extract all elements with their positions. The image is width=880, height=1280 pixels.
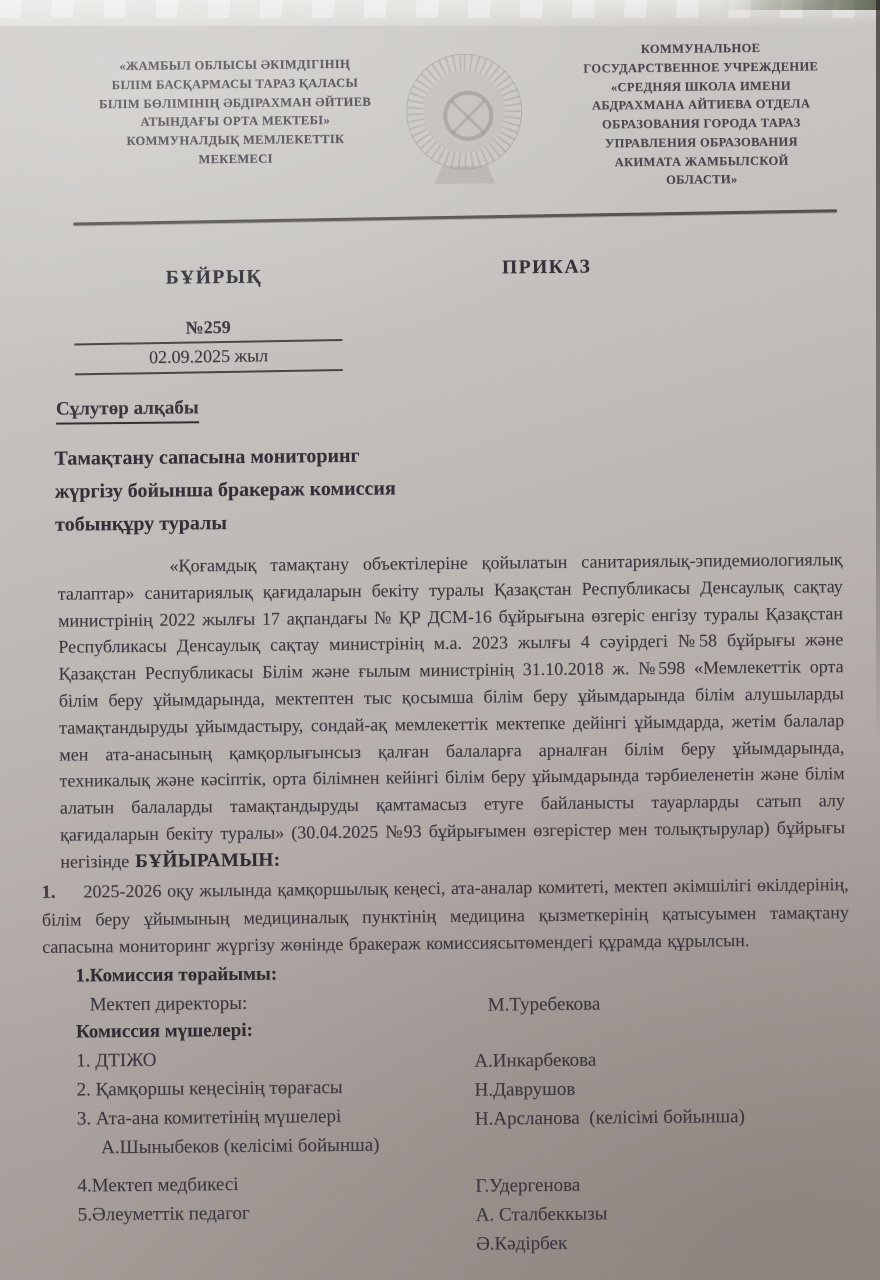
order-item-1: 1.2025-2026 оқу жылында қамқоршылық кеңе… bbox=[41, 871, 849, 961]
member-row: Ә.Кәдірбек bbox=[78, 1224, 880, 1256]
commission-members-heading: Комиссия мүшелері: bbox=[76, 1012, 880, 1044]
preamble-text: «Қоғамдық тамақтану объектілеріне қойыла… bbox=[58, 549, 845, 871]
emblem-shanyrak bbox=[443, 90, 493, 140]
commission-chair-heading: 1.Комиссия төрайымы: bbox=[75, 956, 880, 988]
member-role: А.Шыныбеков (келісімі бойынша) bbox=[77, 1132, 499, 1160]
document-sheet: «ЖАМБЫЛ ОБЛЫСЫ ӘКІМДІГІНІҢБІЛІМ БАСҚАРМА… bbox=[0, 0, 880, 1280]
member-role: 1. ДТІЖО bbox=[76, 1045, 474, 1073]
commission-chair-row: Мектеп директоры: М.Туребекова bbox=[76, 985, 880, 1017]
member-name: Н.Арсланова (келісімі бойынша) bbox=[475, 1105, 745, 1132]
place-heading: Сұлутөр алқабы bbox=[56, 391, 879, 425]
item-1-number: 1. bbox=[42, 882, 84, 902]
member-row: 1. ДТІЖО А.Инкарбекова bbox=[76, 1041, 880, 1073]
item-1-text: 2025-2026 оқу жылында қамқоршылық кеңесі… bbox=[42, 874, 849, 957]
member-name: Ә.Кәдірбек bbox=[476, 1231, 567, 1256]
member-role bbox=[78, 1228, 476, 1256]
subject-heading: Тамақтану сапасына мониторингжүргізу бой… bbox=[54, 435, 880, 542]
member-name: Г.Удергенова bbox=[475, 1173, 580, 1198]
member-role: 5.Әлеуметтік педагог bbox=[78, 1199, 476, 1227]
member-row: 5.Әлеуметтік педагог А. Сталбеккызы bbox=[78, 1195, 880, 1227]
member-row: 3. Ата-ана комитетінің мүшелері Н.Арслан… bbox=[77, 1099, 880, 1131]
order-number-block: №259 02.09.2025 жыл bbox=[74, 315, 343, 375]
resolve-word: БҰЙЫРАМЫН: bbox=[135, 849, 281, 871]
member-name: Н.Даврушов bbox=[474, 1077, 575, 1102]
header-divider-line bbox=[73, 209, 837, 225]
member-name: А. Сталбеккызы bbox=[476, 1202, 608, 1227]
org-name-kazakh: «ЖАМБЫЛ ОБЛЫСЫ ӘКІМДІГІНІҢБІЛІМ БАСҚАРМА… bbox=[80, 54, 391, 195]
chair-name: М.Туребекова bbox=[488, 992, 601, 1017]
order-title-russian: ПРИКАЗ bbox=[502, 257, 591, 280]
emblem-base bbox=[434, 165, 496, 184]
member-row: 4.Мектеп медбикесі Г.Удергенова bbox=[77, 1166, 880, 1198]
chair-role: Мектеп директоры: bbox=[76, 989, 488, 1017]
preamble-paragraph: «Қоғамдық тамақтану объектілеріне қойыла… bbox=[57, 546, 845, 876]
order-title-kazakh: БҰЙРЫҚ bbox=[166, 267, 263, 290]
member-role: 3. Ата-ана комитетінің мүшелері bbox=[77, 1103, 475, 1131]
order-date: 02.09.2025 жыл bbox=[74, 341, 342, 375]
letterhead: «ЖАМБЫЛ ОБЛЫСЫ ӘКІМДІГІНІҢБІЛІМ БАСҚАРМА… bbox=[0, 36, 877, 196]
member-name: А.Инкарбекова bbox=[474, 1048, 596, 1073]
org-name-russian: КОММУНАЛЬНОЕГОСУДАРСТВЕННОЕ УЧРЕЖДЕНИЕ«С… bbox=[553, 38, 848, 191]
order-titles: БҰЙРЫҚ ПРИКАЗ bbox=[0, 261, 878, 291]
member-role: 2. Қамқоршы кеңесінің төрағасы bbox=[76, 1074, 474, 1102]
member-row: 2. Қамқоршы кеңесінің төрағасы Н.Даврушо… bbox=[76, 1070, 880, 1102]
kazakhstan-emblem-icon bbox=[406, 53, 523, 170]
member-row: А.Шыныбеков (келісімі бойынша) bbox=[77, 1128, 880, 1160]
commission-section: 1.Комиссия төрайымы: Мектеп директоры: М… bbox=[75, 956, 880, 1256]
member-role: 4.Мектеп медбикесі bbox=[77, 1170, 475, 1198]
